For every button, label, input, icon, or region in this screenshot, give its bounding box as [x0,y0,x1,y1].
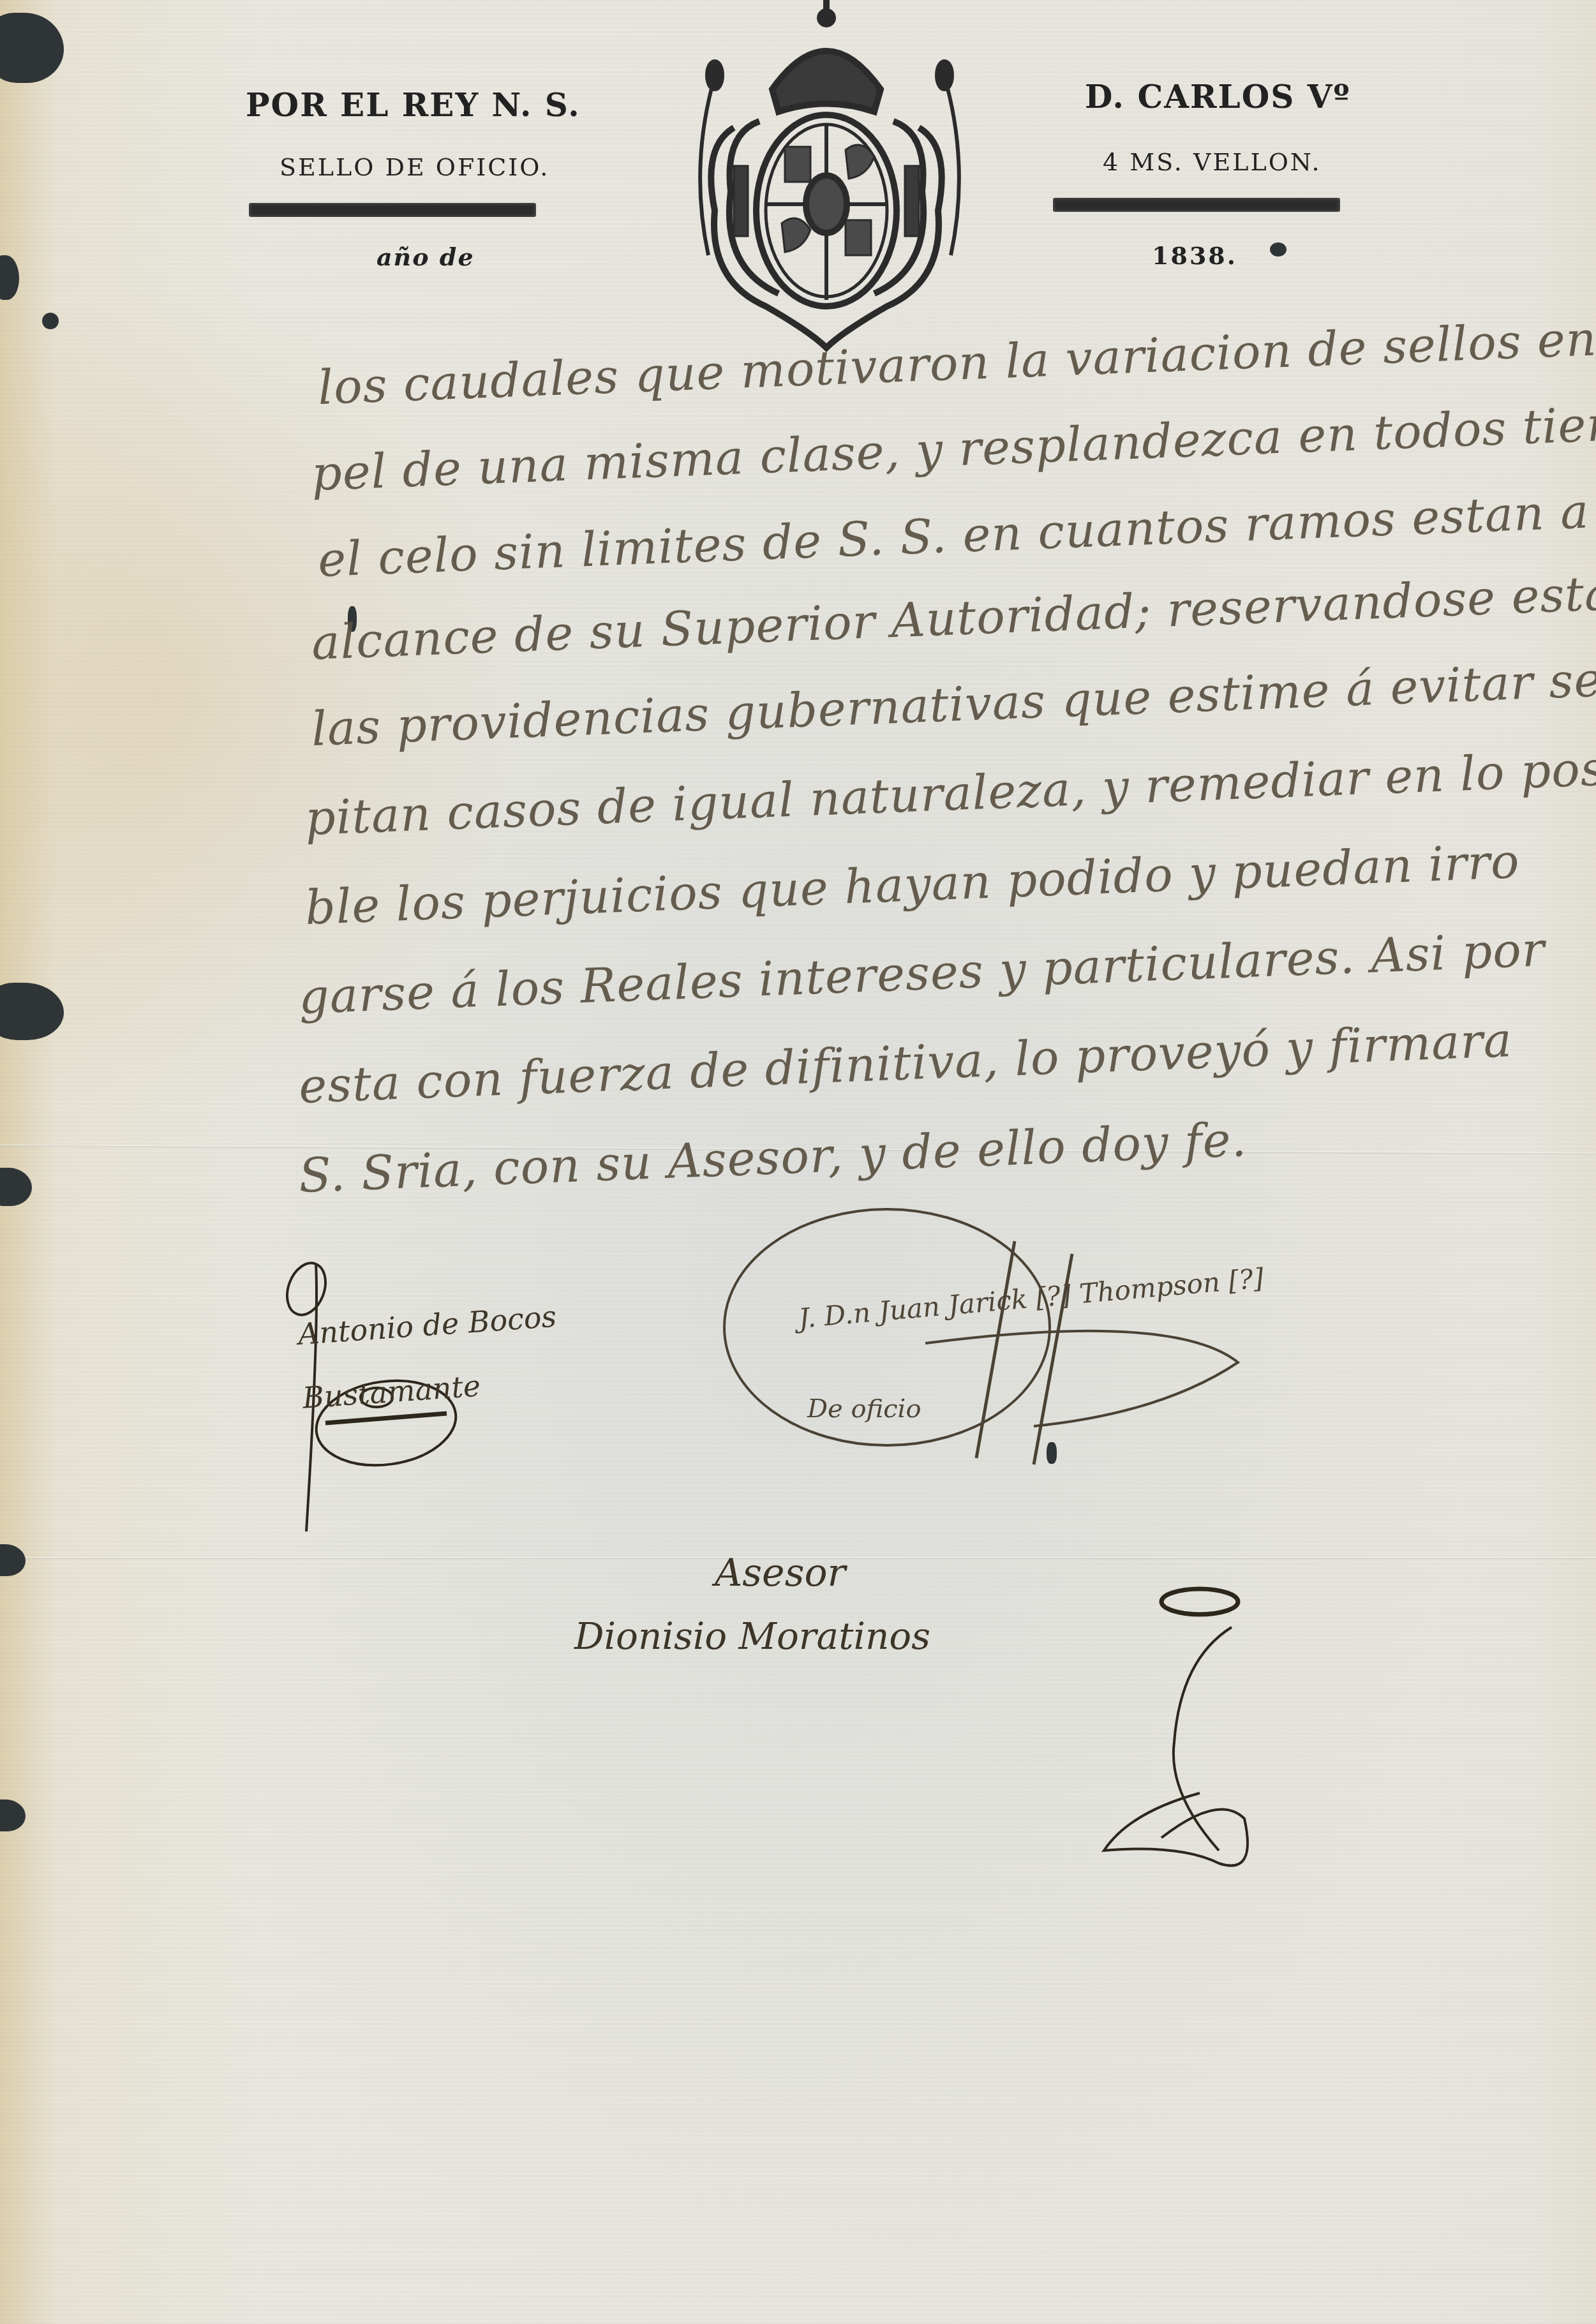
header-right-title: D. CARLOS Vº [1085,78,1351,115]
header-left-rule [249,203,536,217]
ink-blot [1270,242,1286,257]
ink-blot [42,313,59,329]
header-right-rule [1053,198,1340,212]
signature-left: Antonio de Bocos Bustamante [296,1276,687,1429]
header-year: 1838. [1152,241,1237,270]
assessor-name: Dionisio Moratinos [574,1614,930,1658]
header-right-subtitle: 4 MS. VELLON. [1103,148,1322,176]
royal-crest-icon [664,0,989,357]
official-seal-ellipse [715,1216,1276,1484]
seal-caption: De oficio [807,1394,921,1424]
header-year-label: año de [377,242,475,271]
header-left-subtitle: SELLO DE OFICIO. [280,153,549,181]
signature-flourish-bottom [1053,1583,1308,1902]
header-left-title: POR EL REY N. S. [246,86,581,124]
assessor-label: Asesor [715,1551,846,1595]
